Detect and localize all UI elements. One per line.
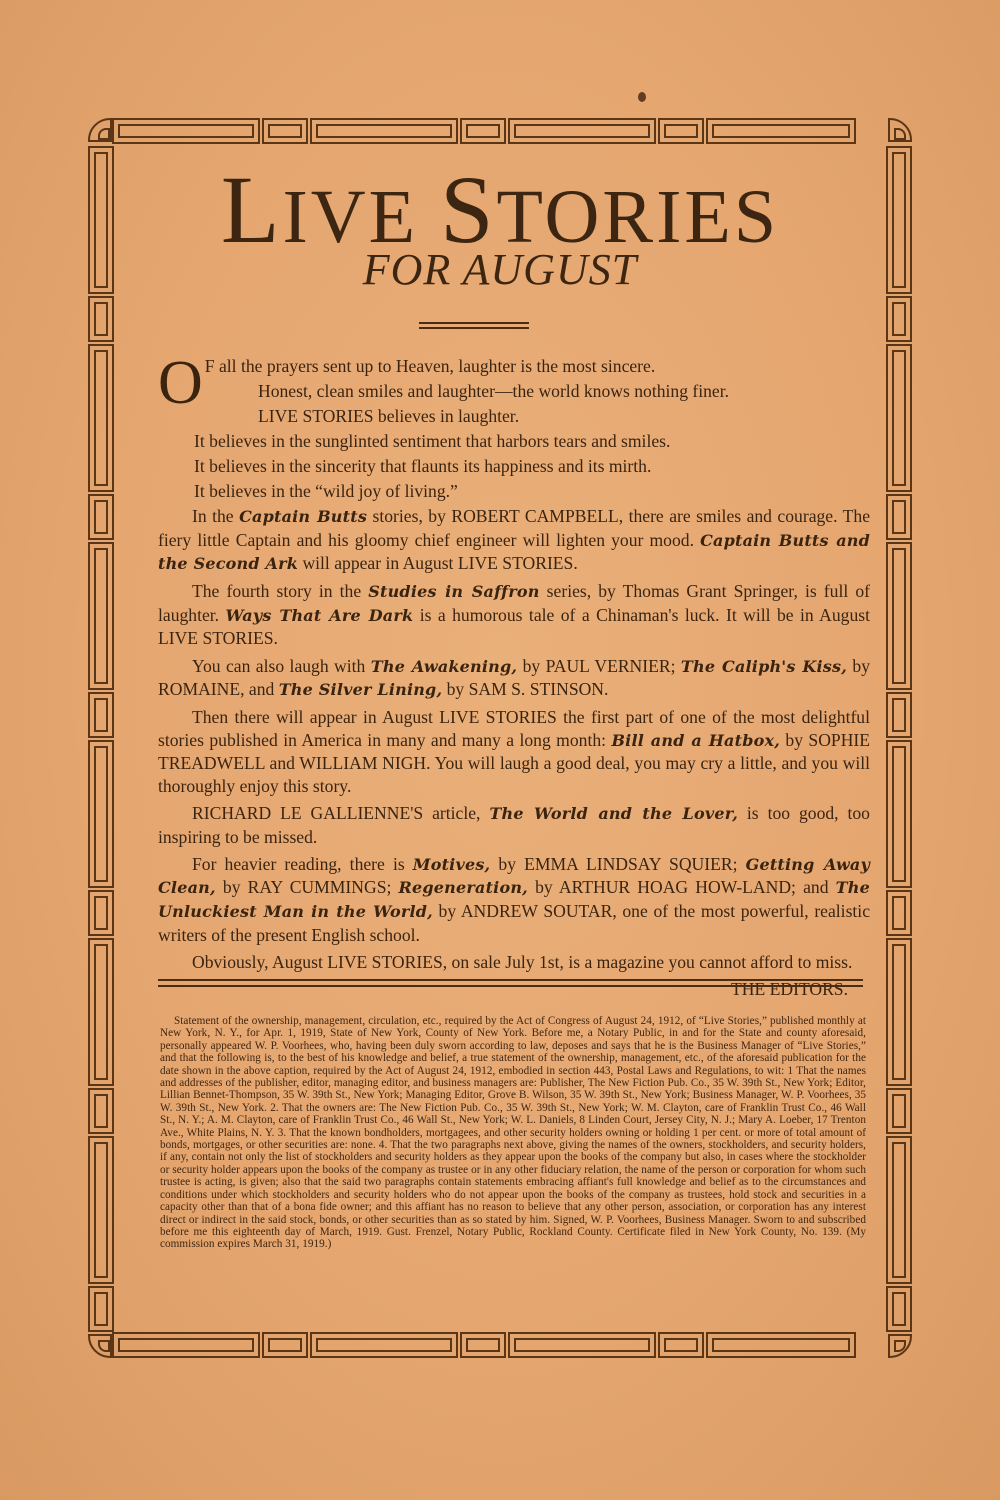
border-left xyxy=(88,146,114,1330)
intro-line-2: Honest, clean smiles and laughter—the wo… xyxy=(158,380,870,405)
intro-block: O F all the prayers sent up to Heaven, l… xyxy=(158,355,870,505)
statement-divider xyxy=(158,979,863,987)
paragraph-studies-in-saffron: The fourth story in the Studies in Saffr… xyxy=(158,580,870,650)
intro-line-3: LIVE STORIES believes in laughter. xyxy=(158,405,870,430)
page-subtitle: FOR AUGUST xyxy=(0,244,1000,295)
corner-ornament-top-left xyxy=(88,118,112,142)
belief-line-3: It believes in the “wild joy of living.” xyxy=(158,480,870,505)
story-title: Captain Butts xyxy=(239,507,367,526)
border-top xyxy=(112,118,888,144)
story-title: Ways That Are Dark xyxy=(226,606,414,625)
story-title: The Awakening, xyxy=(371,657,517,676)
border-right xyxy=(886,146,912,1330)
corner-ornament-bottom-right xyxy=(888,1334,912,1358)
paragraph-le-gallienne: RICHARD LE GALLIENNE'S article, The Worl… xyxy=(158,802,870,848)
editorial-body: O F all the prayers sent up to Heaven, l… xyxy=(158,355,870,1000)
magazine-page: LIVE STORIES FOR AUGUST O F all the pray… xyxy=(0,0,1000,1500)
story-title: Regeneration, xyxy=(399,878,528,897)
intro-line-1: F all the prayers sent up to Heaven, lau… xyxy=(158,355,870,380)
belief-line-2: It believes in the sincerity that flaunt… xyxy=(158,455,870,480)
paragraph-also-laugh: You can also laugh with The Awakening, b… xyxy=(158,655,870,702)
belief-line-1: It believes in the sunglinted sentiment … xyxy=(158,430,870,455)
paragraph-closing: Obviously, August LIVE STORIES, on sale … xyxy=(158,951,870,974)
paragraph-captain-butts: In the Captain Butts stories, by ROBERT … xyxy=(158,505,870,576)
article-title: The World and the Lover, xyxy=(489,804,738,823)
paragraph-heavier-reading: For heavier reading, there is Motives, b… xyxy=(158,853,870,946)
corner-ornament-top-right xyxy=(888,118,912,142)
ownership-statement: Statement of the ownership, management, … xyxy=(160,1015,866,1251)
story-title: Motives, xyxy=(413,855,491,874)
title-divider xyxy=(419,322,529,329)
story-title: The Caliph's Kiss, xyxy=(681,657,847,676)
series-title: Studies in Saffron xyxy=(368,582,539,601)
paragraph-bill-and-a-hatbox: Then there will appear in August LIVE ST… xyxy=(158,706,870,797)
corner-ornament-bottom-left xyxy=(88,1334,112,1358)
story-title: The Silver Lining, xyxy=(279,680,443,699)
drop-cap: O xyxy=(158,359,203,407)
story-title: Bill and a Hatbox, xyxy=(611,731,780,750)
border-bottom xyxy=(112,1332,888,1358)
ink-spot xyxy=(638,92,646,102)
